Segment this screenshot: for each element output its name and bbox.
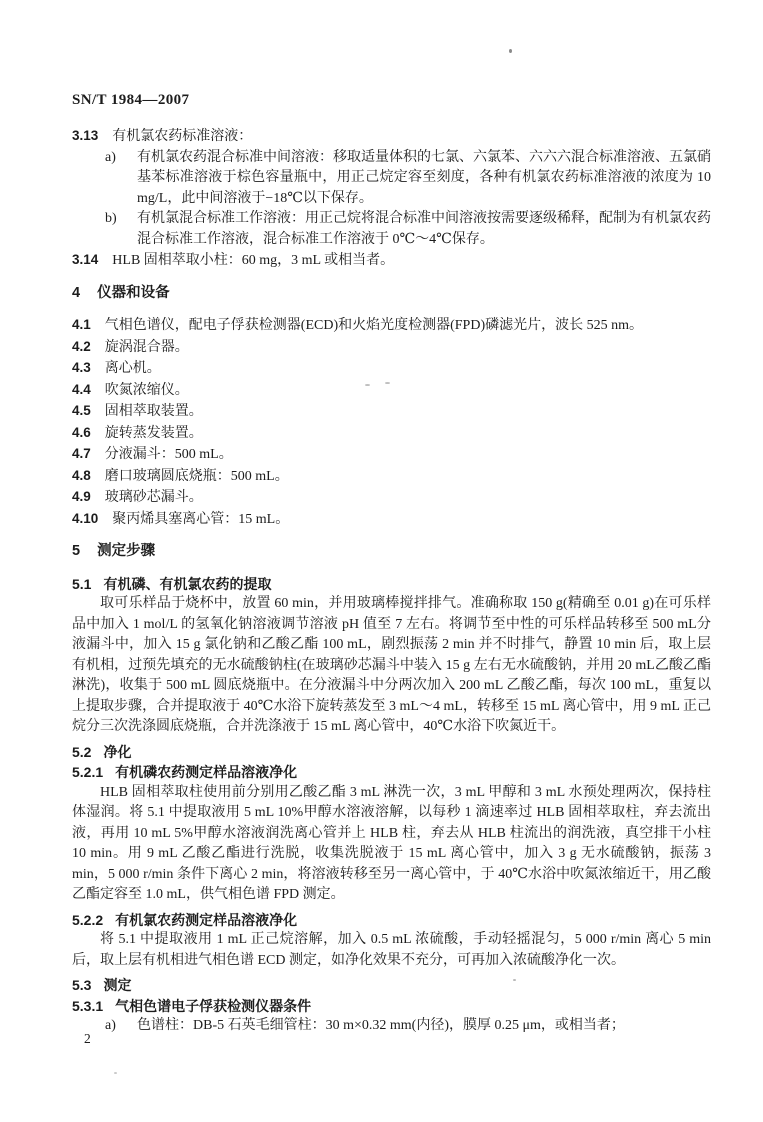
- scan-speck: [513, 979, 516, 981]
- clause-text: 旋涡混合器。: [105, 338, 711, 359]
- clause-text: 固相萃取装置。: [105, 402, 711, 423]
- chapter-title: 测定步骤: [97, 541, 155, 562]
- list-text: 有机氯混合标准工作溶液：用正己烷将混合标准中间溶液按需要逐级稀释，配制为有机氯农…: [137, 209, 711, 250]
- clause-4-4: 4.4 吹氮浓缩仪。: [72, 380, 711, 402]
- page-number: 2: [84, 1031, 91, 1047]
- paragraph-oc-cleanup: 将 5.1 中提取液用 1 mL 正己烷溶解，加入 0.5 mL 浓硫酸，手动轻…: [72, 930, 711, 971]
- clause-number: 4.4: [72, 380, 91, 401]
- chapter-heading-4: 4 仪器和设备: [72, 283, 711, 304]
- paragraph-op-cleanup: HLB 固相萃取柱使用前分别用乙酸乙酯 3 mL 淋洗一次，3 mL 甲醇和 3…: [72, 783, 711, 906]
- list-item-a: a) 有机氯农药混合标准中间溶液：移取适量体积的七氯、六氯苯、六六六混合标准溶液…: [105, 148, 711, 210]
- chapter-heading-5: 5 测定步骤: [72, 541, 711, 562]
- section-heading-5-1: 5.1 有机磷、有机氯农药的提取: [72, 574, 711, 595]
- clause-number: 4.10: [72, 509, 98, 530]
- clause-4-5: 4.5 固相萃取装置。: [72, 401, 711, 423]
- clause-number: 4.7: [72, 444, 91, 465]
- clause-4-8: 4.8 磨口玻璃圆底烧瓶：500 mL。: [72, 466, 711, 488]
- clause-text: 吹氮浓缩仪。: [105, 381, 711, 402]
- clause-number: 4.8: [72, 466, 91, 487]
- section-heading-5-3-1: 5.3.1 气相色谱电子俘获检测仪器条件: [72, 996, 711, 1017]
- section-title: 有机磷农药测定样品溶液净化: [115, 762, 297, 783]
- clause-text: 聚丙烯具塞离心管：15 mL。: [112, 510, 711, 531]
- section-number: 5.3.1: [72, 996, 103, 1017]
- clause-4-9: 4.9 玻璃砂芯漏斗。: [72, 487, 711, 509]
- doc-number: SN/T 1984—2007: [72, 92, 189, 109]
- section-number: 5.3: [72, 975, 91, 996]
- section-heading-5-2-2: 5.2.2 有机氯农药测定样品溶液净化: [72, 910, 711, 931]
- clause-number: 4.1: [72, 315, 91, 336]
- clause-4-6: 4.6 旋转蒸发装置。: [72, 423, 711, 445]
- section-title: 测定: [103, 975, 131, 996]
- list-text: 有机氯农药混合标准中间溶液：移取适量体积的七氯、六氯苯、六六六混合标准溶液、五氯…: [137, 148, 711, 210]
- chapter-number: 5: [72, 541, 80, 562]
- clause-text: HLB 固相萃取小柱：60 mg，3 mL 或相当者。: [112, 251, 711, 272]
- list-text: 色谱柱：DB-5 石英毛细管柱：30 m×0.32 mm(内径)，膜厚 0.25…: [137, 1016, 711, 1037]
- section-heading-5-2-1: 5.2.1 有机磷农药测定样品溶液净化: [72, 762, 711, 783]
- clause-number: 3.14: [72, 250, 98, 271]
- clause-text: 磨口玻璃圆底烧瓶：500 mL。: [105, 467, 711, 488]
- clause-number: 4.6: [72, 423, 91, 444]
- clause-text: 分液漏斗：500 mL。: [105, 445, 711, 466]
- clause-text: 有机氯农药标准溶液：: [112, 127, 711, 148]
- section-number: 5.2: [72, 742, 91, 763]
- list-label: a): [105, 1016, 137, 1037]
- paragraph-extraction: 取可乐样品于烧杯中，放置 60 min，并用玻璃棒搅拌排气。准确称取 150 g…: [72, 594, 711, 738]
- list-item-a-column: a) 色谱柱：DB-5 石英毛细管柱：30 m×0.32 mm(内径)，膜厚 0…: [105, 1016, 711, 1037]
- clause-4-10: 4.10 聚丙烯具塞离心管：15 mL。: [72, 509, 711, 531]
- section-title: 有机氯农药测定样品溶液净化: [115, 910, 297, 931]
- list-label: a): [105, 148, 137, 210]
- clause-number: 4.9: [72, 487, 91, 508]
- clause-number: 4.3: [72, 358, 91, 379]
- clause-text: 旋转蒸发装置。: [105, 424, 711, 445]
- content-area: 3.13 有机氯农药标准溶液： a) 有机氯农药混合标准中间溶液：移取适量体积的…: [72, 126, 711, 1037]
- list-label: b): [105, 209, 137, 250]
- section-title: 净化: [103, 742, 131, 763]
- section-heading-5-3: 5.3 测定: [72, 975, 711, 996]
- clause-4-1: 4.1 气相色谱仪，配电子俘获检测器(ECD)和火焰光度检测器(FPD)磷滤光片…: [72, 315, 711, 337]
- list-item-b: b) 有机氯混合标准工作溶液：用正己烷将混合标准中间溶液按需要逐级稀释，配制为有…: [105, 209, 711, 250]
- document-page: SN/T 1984—2007 3.13 有机氯农药标准溶液： a) 有机氯农药混…: [0, 0, 763, 1122]
- clause-text: 气相色谱仪，配电子俘获检测器(ECD)和火焰光度检测器(FPD)磷滤光片，波长 …: [105, 316, 711, 337]
- clause-3-13: 3.13 有机氯农药标准溶液：: [72, 126, 711, 148]
- section-number: 5.1: [72, 574, 91, 595]
- scan-speck: [385, 382, 390, 384]
- clause-number: 4.2: [72, 337, 91, 358]
- scan-speck: [114, 1072, 117, 1074]
- clause-4-2: 4.2 旋涡混合器。: [72, 337, 711, 359]
- section-number: 5.2.2: [72, 910, 103, 931]
- section-number: 5.2.1: [72, 762, 103, 783]
- section-title: 气相色谱电子俘获检测仪器条件: [115, 996, 311, 1017]
- chapter-title: 仪器和设备: [97, 283, 170, 304]
- scan-speck: [509, 49, 512, 53]
- chapter-number: 4: [72, 283, 80, 304]
- section-title: 有机磷、有机氯农药的提取: [103, 574, 271, 595]
- section-heading-5-2: 5.2 净化: [72, 742, 711, 763]
- scan-speck: [365, 384, 370, 386]
- clause-number: 4.5: [72, 401, 91, 422]
- clause-4-7: 4.7 分液漏斗：500 mL。: [72, 444, 711, 466]
- clause-3-14: 3.14 HLB 固相萃取小柱：60 mg，3 mL 或相当者。: [72, 250, 711, 272]
- clause-text: 玻璃砂芯漏斗。: [105, 488, 711, 509]
- clause-number: 3.13: [72, 126, 98, 147]
- clause-text: 离心机。: [105, 359, 711, 380]
- clause-4-3: 4.3 离心机。: [72, 358, 711, 380]
